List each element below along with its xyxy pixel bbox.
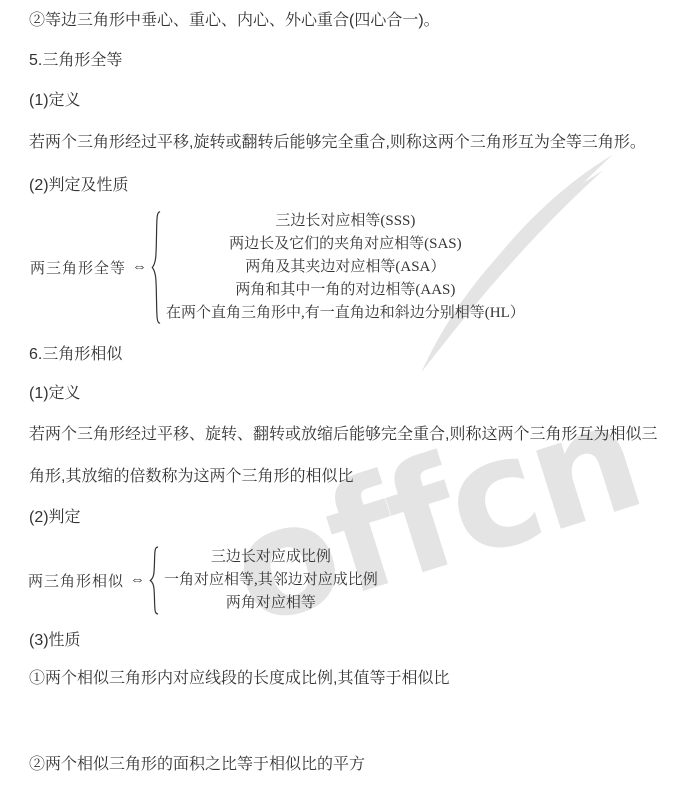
- double-arrow-icon: ⇔: [130, 572, 145, 589]
- document-page: { "page": { "background": "#ffffff", "te…: [0, 0, 695, 790]
- congruence-criteria-list: 三边长对应相等(SSS) 两边长及它们的夹角对应相等(SAS) 两角及其夹边对应…: [166, 210, 525, 325]
- criterion-aas: 两角和其中一角的对边相等(AAS): [235, 279, 455, 302]
- subheading-definition-congruence: (1)定义: [29, 91, 81, 111]
- text-similarity-definition-line1: 若两个三角形经过平移、旋转、翻转或放缩后能够完全重合,则称这两个三角形互为相似三: [29, 425, 657, 445]
- double-arrow-icon: ⇔: [132, 259, 147, 276]
- criterion-angle-adjacent-sides: 一角对应相等,其邻边对应成比例: [164, 569, 378, 592]
- subheading-judgment-similarity: (2)判定: [29, 508, 81, 528]
- left-brace-icon: [148, 546, 159, 615]
- item-four-centers-coincide: ②等边三角形中垂心、重心、内心、外心重合(四心合一)。: [29, 11, 440, 31]
- congruence-formula-label: 两三角形全等: [30, 257, 126, 278]
- congruence-formula: 两三角形全等 ⇔ 三边长对应相等(SSS) 两边长及它们的夹角对应相等(SAS)…: [30, 210, 525, 325]
- criterion-asa: 两角及其夹边对应相等(ASA）: [245, 256, 445, 279]
- similarity-criteria-list: 三边长对应成比例 一角对应相等,其邻边对应成比例 两角对应相等: [164, 546, 378, 615]
- criterion-two-angles-equal: 两角对应相等: [226, 592, 316, 615]
- subheading-properties-similarity: (3)性质: [29, 631, 81, 651]
- left-brace-icon: [150, 210, 161, 325]
- document-content: ②等边三角形中垂心、重心、内心、外心重合(四心合一)。 5.三角形全等 (1)定…: [0, 0, 695, 790]
- subheading-judgment-properties: (2)判定及性质: [29, 176, 129, 196]
- subheading-definition-similarity: (1)定义: [29, 384, 81, 404]
- criterion-hl: 在两个直角三角形中,有一直角边和斜边分别相等(HL）: [166, 302, 525, 325]
- criterion-sas: 两边长及它们的夹角对应相等(SAS): [229, 233, 462, 256]
- text-similarity-definition-line2: 角形,其放缩的倍数称为这两个三角形的相似比: [29, 467, 353, 487]
- heading-5-triangle-congruence: 5.三角形全等: [29, 51, 122, 71]
- similarity-formula: 两三角形相似 ⇔ 三边长对应成比例 一角对应相等,其邻边对应成比例 两角对应相等: [28, 546, 378, 615]
- item-similar-segments-ratio: ①两个相似三角形内对应线段的长度成比例,其值等于相似比: [29, 669, 449, 689]
- item-similar-area-ratio: ②两个相似三角形的面积之比等于相似比的平方: [29, 755, 365, 775]
- similarity-formula-label: 两三角形相似: [28, 570, 124, 591]
- criterion-sss: 三边长对应相等(SSS): [275, 210, 415, 233]
- heading-6-triangle-similarity: 6.三角形相似: [29, 345, 122, 365]
- text-congruence-definition: 若两个三角形经过平移,旋转或翻转后能够完全重合,则称这两个三角形互为全等三角形。: [29, 133, 646, 153]
- criterion-sides-proportional: 三边长对应成比例: [211, 546, 331, 569]
